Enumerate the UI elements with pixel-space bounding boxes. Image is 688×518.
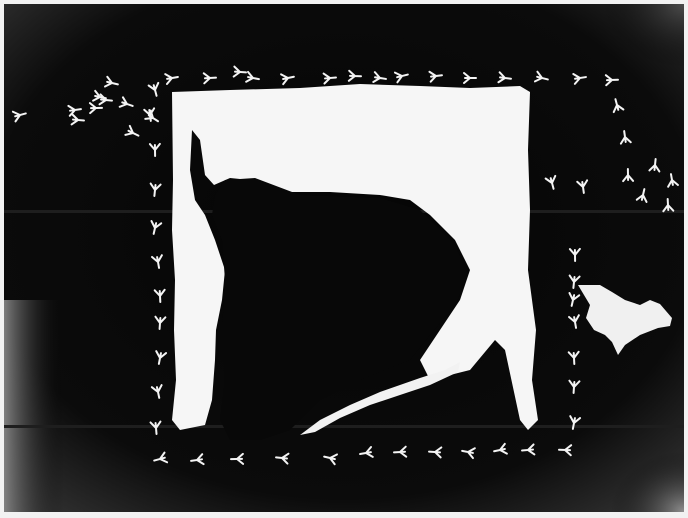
light-leak-left (4, 300, 64, 512)
photogram-image (0, 0, 688, 518)
band-line (4, 425, 684, 428)
photo-canvas (0, 0, 688, 518)
